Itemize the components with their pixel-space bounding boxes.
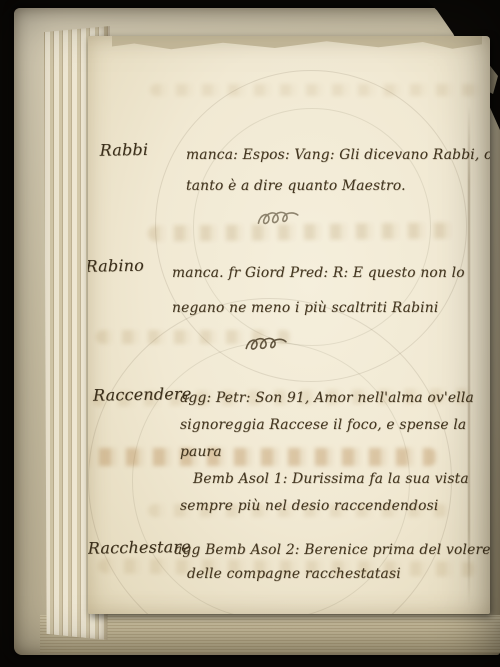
entry-line: paura <box>180 439 486 466</box>
manuscript-photo: Rabbi manca: Espos: Vang: Gli dicevano R… <box>0 0 500 667</box>
entry-body: manca: Espos: Vang: Gli dicevano Rabbi, … <box>186 140 490 202</box>
entry-line: delle compagne racchestatasi <box>174 562 490 586</box>
dictionary-entry-rabino: Rabino manca. fr Giord Pred: R: E questo… <box>88 256 486 326</box>
entry-body: manca. fr Giord Pred: R: E questo non lo… <box>172 256 486 326</box>
entry-line: Bemb Asol 1: Durissima fa la sua vista <box>180 466 486 493</box>
dictionary-entry-racchestare: Racchestare agg Bemb Asol 2: Berenice pr… <box>88 538 488 586</box>
entry-line: signoreggia Raccese il foco, e spense la <box>180 412 486 439</box>
entry-headword: Racchestare <box>88 537 174 586</box>
ink-bleedthrough <box>148 222 460 241</box>
ink-bleedthrough <box>150 84 480 96</box>
entry-headword: Rabbi <box>99 139 186 202</box>
entry-line: agg: Petr: Son 91, Amor nell'alma ov'ell… <box>180 385 486 412</box>
entry-body: agg: Petr: Son 91, Amor nell'alma ov'ell… <box>180 385 486 520</box>
entry-line: agg Bemb Asol 2: Berenice prima del vole… <box>174 538 490 562</box>
entry-line: tanto è a dire quanto Maestro. <box>186 171 490 202</box>
book-cover-bottom-edge <box>40 615 500 653</box>
entry-headword: Raccendere <box>93 384 181 520</box>
entry-line: manca. fr Giord Pred: R: E questo non lo <box>172 256 486 291</box>
manuscript-page: Rabbi manca: Espos: Vang: Gli dicevano R… <box>88 36 490 614</box>
entry-headword: Rabino <box>88 255 173 326</box>
entry-line: negano ne meno i più scaltriti Rabini <box>172 291 486 326</box>
entry-line: sempre più nel desio raccendendosi <box>180 493 486 520</box>
dictionary-entry-rabbi: Rabbi manca: Espos: Vang: Gli dicevano R… <box>100 140 488 202</box>
dictionary-entry-raccendere: Raccendere agg: Petr: Son 91, Amor nell'… <box>94 385 486 520</box>
entry-body: agg Bemb Asol 2: Berenice prima del vole… <box>174 538 490 586</box>
entry-line: manca: Espos: Vang: Gli dicevano Rabbi, … <box>186 140 490 171</box>
flourish-divider-icon <box>243 332 290 355</box>
torn-page-remnant <box>112 36 482 51</box>
